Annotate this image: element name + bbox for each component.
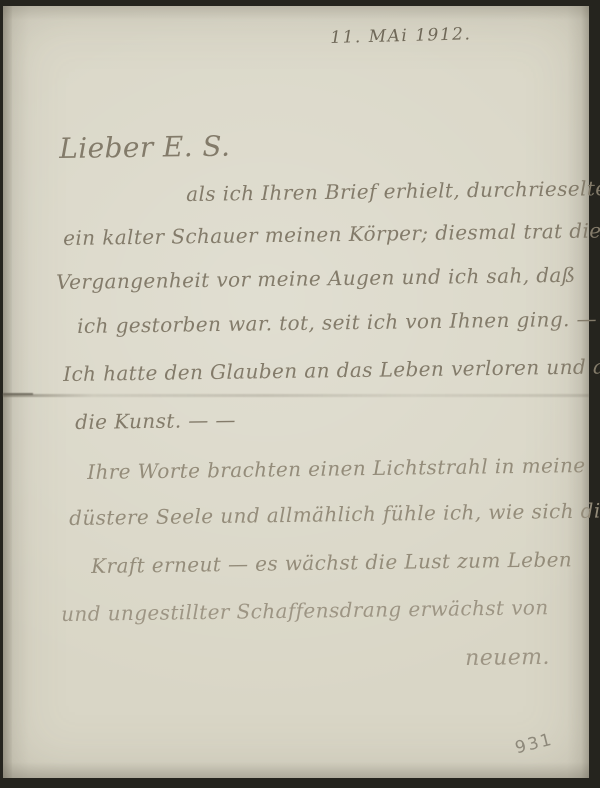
signature: neuem.	[465, 645, 550, 671]
body-line: düstere Seele und allmählich fühle ich, …	[69, 498, 600, 530]
salutation: Lieber E. S.	[59, 130, 230, 165]
paper-left-edge	[3, 6, 12, 778]
body-line: ich gestorben war. tot, seit ich von Ihn…	[77, 307, 597, 338]
body-line: ein kalter Schauer meinen Körper; diesma…	[63, 218, 600, 250]
fold-crease	[3, 394, 589, 397]
body-line: Vergangenheit vor meine Augen und ich sa…	[56, 263, 576, 294]
letter-paper: 11. MAi 1912. Lieber E. S. als ich Ihren…	[3, 6, 589, 778]
body-line: Kraft erneut — es wächst die Lust zum Le…	[91, 547, 572, 578]
body-line: die Kunst. — —	[75, 408, 236, 434]
body-line: und ungestillter Schaffensdrang erwächst…	[61, 595, 549, 626]
catalog-number: 931	[513, 730, 555, 759]
body-line: Ich hatte den Glauben an das Leben verlo…	[63, 354, 600, 386]
scan-background: 11. MAi 1912. Lieber E. S. als ich Ihren…	[0, 0, 600, 788]
body-line: Ihre Worte brachten einen Lichtstrahl in…	[87, 453, 586, 484]
fold-crease-notch	[3, 393, 33, 395]
body-line: als ich Ihren Brief erhielt, durchriesel…	[186, 176, 600, 206]
letter-date: 11. MAi 1912.	[330, 24, 472, 48]
